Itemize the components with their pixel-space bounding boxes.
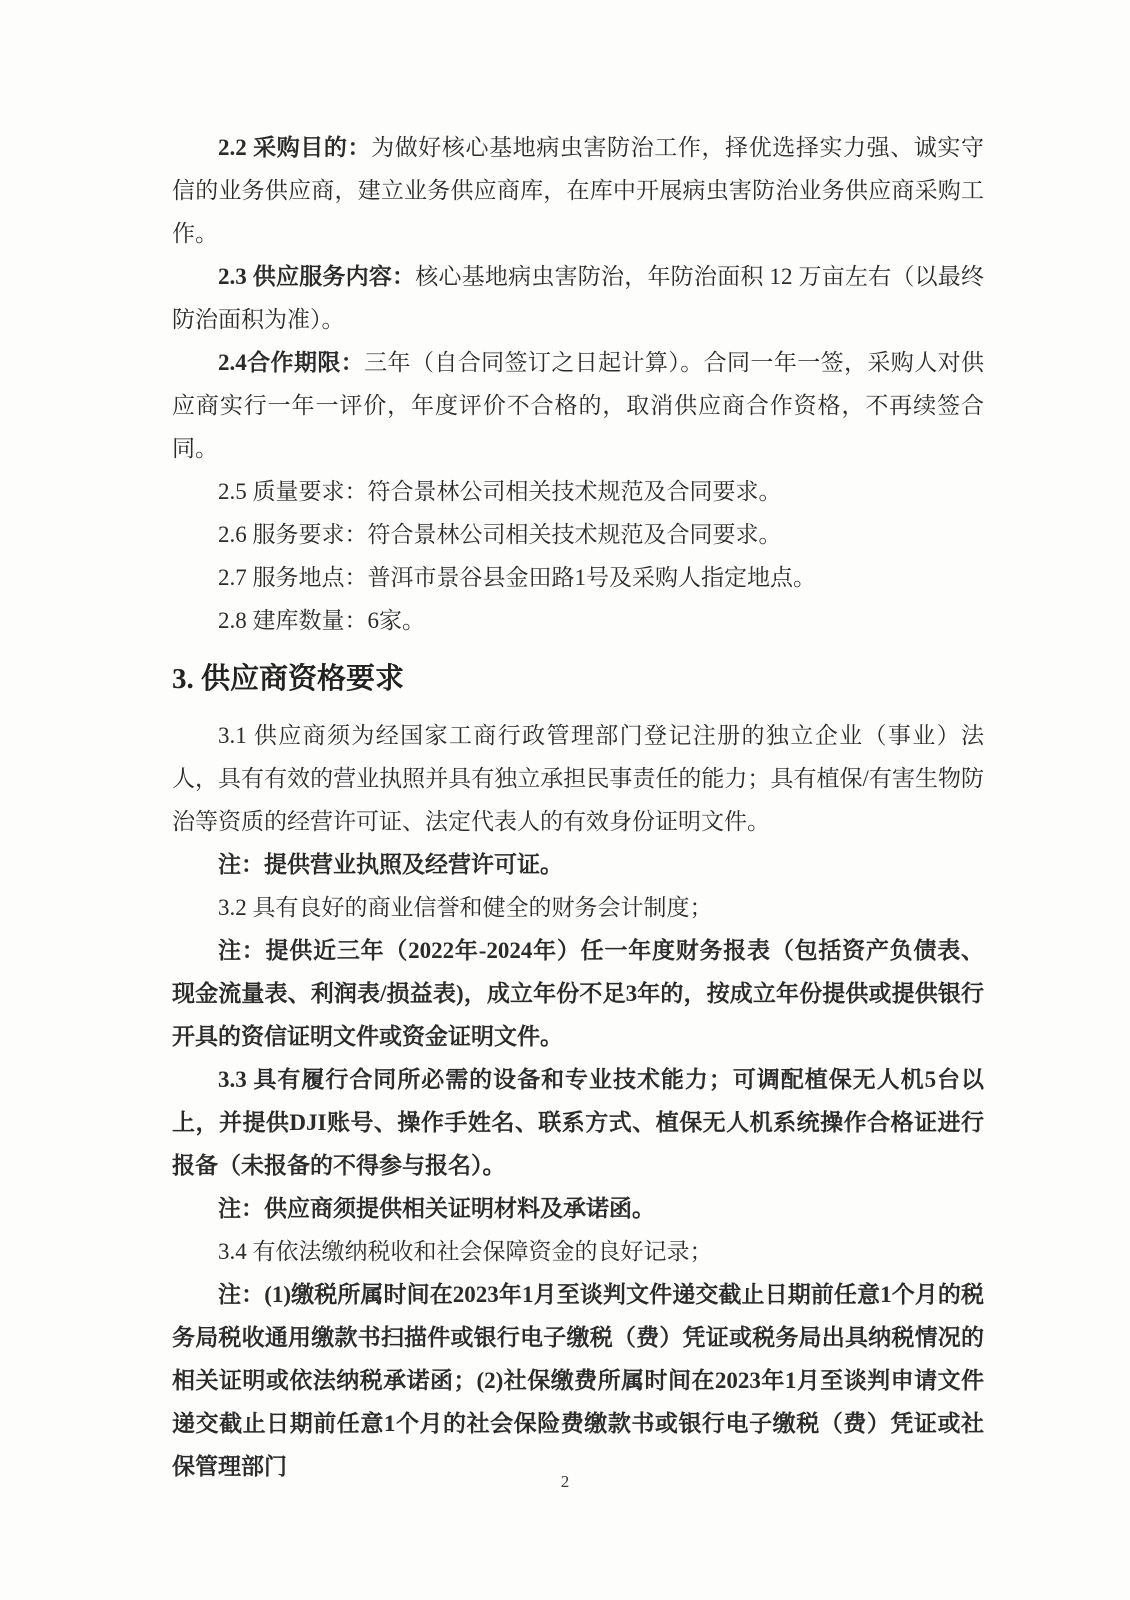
clause-2-3-label: 2.3 供应服务内容：	[218, 264, 415, 289]
paragraph-3-4: 3.4 有依法缴纳税收和社会保障资金的良好记录；	[172, 1230, 984, 1273]
note-3-2: 注：提供近三年（2022年-2024年）任一年度财务报表（包括资产负债表、现金流…	[172, 929, 984, 1058]
paragraph-3-1: 3.1 供应商须为经国家工商行政管理部门登记注册的独立企业（事业）法人，具有有效…	[172, 714, 984, 843]
paragraph-2-5: 2.5 质量要求：符合景林公司相关技术规范及合同要求。	[172, 470, 984, 513]
clause-2-4-label: 2.4合作期限：	[218, 350, 364, 375]
clause-2-2-label: 2.2 采购目的：	[218, 135, 371, 160]
paragraph-2-4: 2.4合作期限：三年（自合同签订之日起计算）。合同一年一签，采购人对供应商实行一…	[172, 341, 984, 470]
paragraph-2-6: 2.6 服务要求：符合景林公司相关技术规范及合同要求。	[172, 513, 984, 556]
document-body: 2.2 采购目的：为做好核心基地病虫害防治工作，择优选择实力强、诚实守信的业务供…	[172, 126, 984, 1488]
paragraph-2-7: 2.7 服务地点：普洱市景谷县金田路1号及采购人指定地点。	[172, 556, 984, 599]
section-heading-3: 3. 供应商资格要求	[172, 656, 984, 702]
paragraph-3-2: 3.2 具有良好的商业信誉和健全的财务会计制度；	[172, 886, 984, 929]
paragraph-2-2: 2.2 采购目的：为做好核心基地病虫害防治工作，择优选择实力强、诚实守信的业务供…	[172, 126, 984, 255]
document-page: 2.2 采购目的：为做好核心基地病虫害防治工作，择优选择实力强、诚实守信的业务供…	[0, 0, 1130, 1600]
paragraph-2-8: 2.8 建库数量：6家。	[172, 599, 984, 642]
note-3-4: 注：(1)缴税所属时间在2023年1月至谈判文件递交截止日期前任意1个月的税务局…	[172, 1273, 984, 1488]
page-number: 2	[0, 1472, 1130, 1492]
paragraph-2-3: 2.3 供应服务内容：核心基地病虫害防治，年防治面积 12 万亩左右（以最终防治…	[172, 255, 984, 341]
note-3-1: 注：提供营业执照及经营许可证。	[172, 843, 984, 886]
paragraph-3-3: 3.3 具有履行合同所必需的设备和专业技术能力；可调配植保无人机5台以上，并提供…	[172, 1058, 984, 1187]
note-3-3: 注：供应商须提供相关证明材料及承诺函。	[172, 1187, 984, 1230]
